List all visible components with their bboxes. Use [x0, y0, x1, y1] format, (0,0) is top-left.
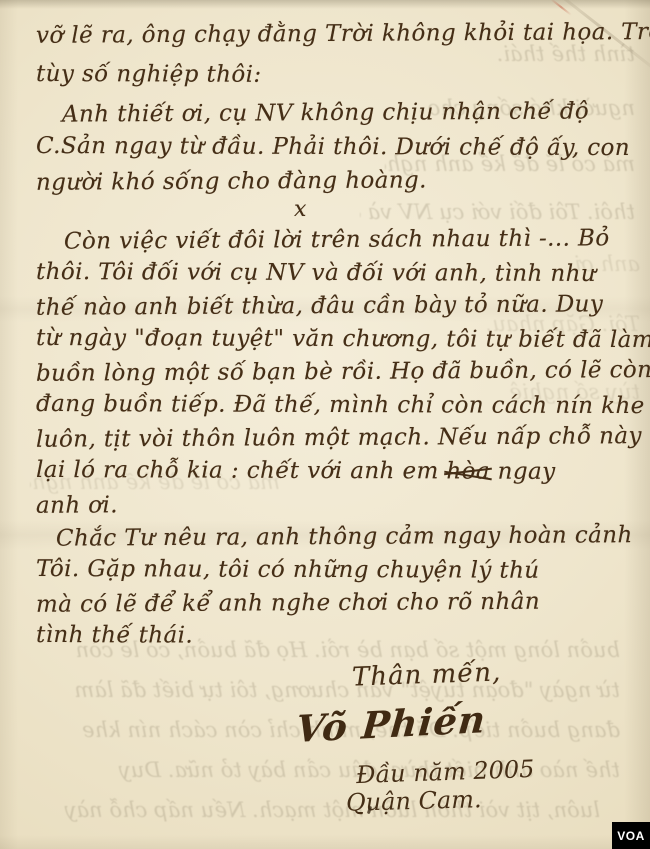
paragraph: Anh thiết ơi, cụ NV không chịu nhận chế …	[36, 96, 622, 198]
letter-line-with-strikeout: lại ló ra chỗ kia : chết với anh em hòa …	[36, 454, 622, 489]
letter-line: Anh thiết ơi, cụ NV không chịu nhận chế …	[36, 94, 622, 132]
section-separator: x	[36, 198, 622, 224]
bleedthrough-line: từ ngày "đoạn tuyệt" văn chương, tôi tự …	[50, 678, 620, 702]
bleedthrough-line: luôn, tịt vòi thôn luôn một mạch. Nếu nấ…	[40, 798, 600, 822]
letter-line: thôi. Tôi đối với cụ NV và đối với anh, …	[36, 256, 622, 291]
letter-line: mà có lẽ để kể anh nghe chơi cho rõ nhân	[36, 585, 622, 622]
closing-salutation: Thân mến,	[352, 657, 502, 692]
voa-watermark: VOA	[612, 822, 650, 849]
strike-pre-text: lại ló ra chỗ kia : chết với anh em	[36, 457, 447, 484]
letter-page: tình thế thái. người khó sống cho đàng h…	[0, 0, 650, 849]
letter-line: tình thế thái.	[36, 619, 622, 654]
signature: Võ Phiến	[294, 697, 488, 751]
paragraph: vỡ lẽ ra, ông chạy đằng Trời không khỏi …	[36, 14, 622, 96]
letter-line: đang buồn tiếp. Đã thế, mình chỉ còn các…	[36, 388, 622, 423]
strike-post-text: ngay	[490, 459, 556, 485]
bleedthrough-line: thế nào anh biết thừa, đâu cần bày tỏ nữ…	[55, 758, 620, 782]
letter-line: luôn, tịt vòi thôn luôn một mạch. Nếu nấ…	[36, 420, 622, 457]
letter-line: Còn việc viết đôi lời trên sách nhau thì…	[36, 222, 622, 259]
signature-date: Đầu năm 2005	[356, 755, 535, 789]
letter-line: anh ơi.	[36, 486, 622, 523]
letter-line: từ ngày "đoạn tuyệt" văn chương, tôi tự …	[36, 322, 622, 357]
letter-line: người khó sống cho đàng hoàng.	[36, 162, 622, 200]
paragraph: Chắc Tư nêu ra, anh thông cảm ngay hoàn …	[36, 521, 622, 653]
letter-line: tùy số nghiệp thôi:	[36, 54, 622, 97]
paragraph: Còn việc viết đôi lời trên sách nhau thì…	[36, 224, 622, 521]
letter-line: Chắc Tư nêu ra, anh thông cảm ngay hoàn …	[36, 519, 622, 556]
struck-out-word: hòa	[446, 455, 490, 488]
letter-line: C.Sản ngay từ đầu. Phải thôi. Dưới chế đ…	[36, 129, 622, 165]
letter-body: vỡ lẽ ra, ông chạy đằng Trời không khỏi …	[36, 14, 622, 653]
letter-line: Tôi. Gặp nhau, tôi có những chuyện lý th…	[36, 553, 622, 588]
voa-watermark-label: VOA	[617, 829, 645, 843]
letter-line: thế nào anh biết thừa, đâu cần bày tỏ nữ…	[36, 288, 622, 325]
letter-line: buồn lòng một số bạn bè rồi. Họ đã buồn,…	[36, 354, 622, 391]
letter-line: vỡ lẽ ra, ông chạy đằng Trời không khỏi …	[36, 12, 622, 57]
